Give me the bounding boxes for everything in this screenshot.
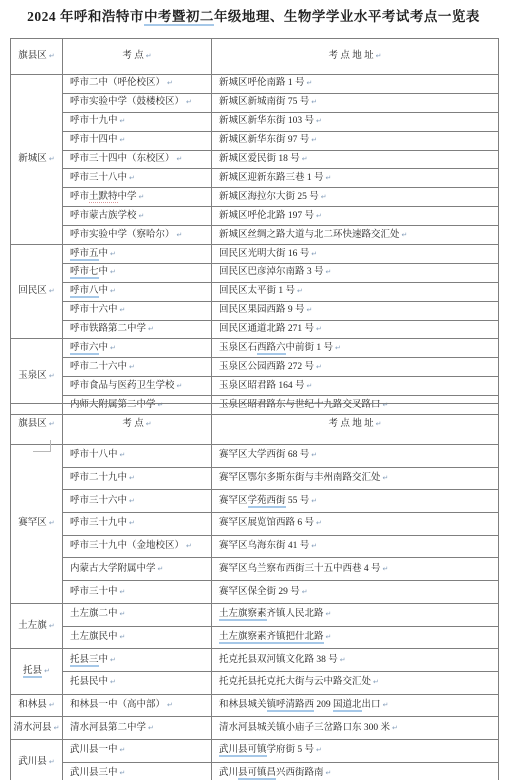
paragraph-mark-icon: ↵ — [44, 667, 50, 675]
paragraph-mark-icon: ↵ — [302, 588, 308, 596]
text-segment: 考 点 地 址 — [328, 51, 373, 61]
text-segment: 呼市二十六中 — [70, 362, 127, 372]
paragraph-mark-icon: ↵ — [110, 344, 116, 352]
paragraph-mark-icon: ↵ — [335, 344, 341, 352]
address-cell: 回民区光明大街 16 号↵ — [212, 245, 499, 264]
underlined-text-segment: 西路六 — [257, 343, 286, 355]
paragraph-mark-icon: ↵ — [146, 420, 152, 428]
header-cell: 考 点 地 址↵ — [212, 404, 499, 445]
text-segment: 清水河县第二中学 — [70, 723, 146, 733]
paragraph-mark-icon: ↵ — [49, 287, 55, 295]
text-segment: 呼市三十八中 — [70, 173, 127, 183]
paragraph-mark-icon: ↵ — [376, 420, 382, 428]
site-cell: 呼市十六中↵ — [63, 301, 212, 320]
address-cell: 赛罕区展览馆西路 6 号↵ — [212, 513, 499, 536]
text-segment: 新城区新华东街 97 号 — [219, 135, 309, 145]
underlined-text-segment: 土默特 — [89, 192, 118, 203]
site-cell: 呼市食品与医药卫生学校↵ — [63, 377, 212, 396]
text-segment: 学府街 5 号 — [267, 745, 315, 755]
paragraph-mark-icon: ↵ — [49, 155, 55, 163]
site-cell: 呼市二十九中↵ — [63, 467, 212, 490]
paragraph-mark-icon: ↵ — [120, 769, 126, 777]
site-cell: 呼市十八中↵ — [63, 445, 212, 468]
underlined-text-segment: 呼市八 — [70, 286, 99, 298]
paragraph-mark-icon: ↵ — [129, 174, 135, 182]
page: 2024 年呼和浩特市中考暨初二年级地理、生物学学业水平考试考点一览表 旗县区↵… — [0, 0, 507, 780]
address-cell: 玉泉区石西路六中前街 1 号↵ — [212, 339, 499, 358]
paragraph-mark-icon: ↵ — [311, 497, 317, 505]
paragraph-mark-icon: ↵ — [392, 724, 398, 732]
text-segment: 新城区海拉尔大街 25 号 — [219, 192, 319, 202]
document-title: 2024 年呼和浩特市中考暨初二年级地理、生物学学业水平考试考点一览表 — [0, 5, 507, 25]
text-segment: 呼市十九中 — [70, 116, 118, 126]
text-segment: 土左旗二中 — [70, 609, 118, 619]
paragraph-mark-icon: ↵ — [148, 325, 154, 333]
address-cell: 新城区迎新东路三巷 1 号↵ — [212, 169, 499, 188]
exam-table-1: 旗县区↵考 点↵考 点 地 址↵新城区↵呼市二中（呼伦校区）↵新城区呼伦南路 1… — [10, 38, 499, 415]
header-row: 旗县区↵考 点↵考 点 地 址↵ — [11, 39, 499, 75]
table-row: 呼市三十中↵赛罕区保全街 29 号↵ — [11, 581, 499, 604]
table-row: 呼市实验中学（察哈尔）↵新城区丝绸之路大道与北二环快速路交汇处↵ — [11, 226, 499, 245]
underlined-text-segment: 镇呼清路西 — [267, 700, 315, 712]
table-row: 呼市十九中↵新城区新华东街 103 号↵ — [11, 112, 499, 131]
paragraph-mark-icon: ↵ — [383, 565, 389, 573]
paragraph-mark-icon: ↵ — [402, 231, 408, 239]
site-cell: 托县民中↵ — [63, 671, 212, 694]
table-row: 呼市食品与医药卫生学校↵玉泉区昭君路 164 号↵ — [11, 377, 499, 396]
header-cell: 考 点↵ — [63, 404, 212, 445]
site-cell: 呼市六中↵ — [63, 339, 212, 358]
address-cell: 赛罕区乌海东街 41 号↵ — [212, 535, 499, 558]
paragraph-mark-icon: ↵ — [139, 212, 145, 220]
text-segment: 和林县 — [18, 700, 47, 710]
text-segment: 新城区迎新东路三巷 1 号 — [219, 173, 324, 183]
region-cell: 和林县↵ — [11, 694, 63, 717]
paragraph-mark-icon: ↵ — [307, 306, 313, 314]
paragraph-mark-icon: ↵ — [120, 306, 126, 314]
table-row: 呼市二十九中↵赛罕区鄂尔多斯东街与丰州南路交汇处↵ — [11, 467, 499, 490]
address-cell: 玉泉区公园西路 272 号↵ — [212, 358, 499, 377]
paragraph-mark-icon: ↵ — [49, 420, 55, 428]
header-cell: 旗县区↵ — [11, 404, 63, 445]
paragraph-mark-icon: ↵ — [120, 588, 126, 596]
text-segment: 武川县三中 — [70, 768, 118, 778]
header-cell: 考 点↵ — [63, 39, 212, 75]
underlined-text-segment: 托县三 — [70, 655, 99, 667]
text-segment: 土左旗民中 — [70, 632, 118, 642]
site-cell: 托县三中↵ — [63, 649, 212, 672]
paragraph-mark-icon: ↵ — [110, 287, 116, 295]
address-cell: 新城区爱民街 18 号↵ — [212, 150, 499, 169]
paragraph-mark-icon: ↵ — [120, 136, 126, 144]
text-segment: 赛罕区展览馆西路 6 号 — [219, 518, 314, 528]
underlined-text-segment: 中考暨初二 — [144, 9, 214, 26]
site-cell: 土左旗二中↵ — [63, 603, 212, 626]
text-segment: 中前街 1 号 — [286, 343, 334, 353]
underlined-text-segment: 学苑西街 — [248, 496, 286, 508]
text-segment: 中 — [99, 655, 109, 665]
paragraph-mark-icon: ↵ — [311, 542, 317, 550]
paragraph-mark-icon: ↵ — [49, 52, 55, 60]
table-row: 呼市实验中学（鼓楼校区）↵新城区新城南街 75 号↵ — [11, 93, 499, 112]
text-segment: 新城区 — [18, 154, 47, 164]
table-row: 呼市三十九中↵赛罕区展览馆西路 6 号↵ — [11, 513, 499, 536]
site-cell: 呼市七中↵ — [63, 263, 212, 282]
table-row: 呼市土默特中学↵新城区海拉尔大街 25 号↵ — [11, 188, 499, 207]
paragraph-mark-icon: ↵ — [49, 622, 55, 630]
paragraph-mark-icon: ↵ — [316, 325, 322, 333]
text-segment: 武川县一中 — [70, 745, 118, 755]
text-segment: 回民区通道北路 271 号 — [219, 324, 314, 334]
header-cell: 考 点 地 址↵ — [212, 39, 499, 75]
paragraph-mark-icon: ↵ — [120, 610, 126, 618]
underlined-text-segment: 呼市六 — [70, 343, 99, 355]
text-segment: 呼市十六中 — [70, 305, 118, 315]
paragraph-mark-icon: ↵ — [167, 701, 173, 709]
site-cell: 呼市铁路第二中学↵ — [63, 320, 212, 339]
text-segment: 赛罕区乌兰察布西街三十五中西巷 4 号 — [219, 564, 381, 574]
text-segment: 武川县 — [18, 757, 47, 767]
address-cell: 新城区呼伦南路 1 号↵ — [212, 75, 499, 94]
text-segment: 中 — [99, 249, 109, 259]
site-cell: 和林县一中（高中部）↵ — [63, 694, 212, 717]
text-segment: 玉泉区石 — [219, 343, 257, 353]
site-cell: 呼市三十四中（东校区）↵ — [63, 150, 212, 169]
table-row: 呼市蒙古族学校↵新城区呼伦北路 197 号↵ — [11, 207, 499, 226]
paragraph-mark-icon: ↵ — [311, 98, 317, 106]
text-segment: 托县民中 — [70, 677, 108, 687]
site-cell: 呼市实验中学（察哈尔）↵ — [63, 226, 212, 245]
site-cell: 呼市十九中↵ — [63, 112, 212, 131]
address-cell: 新城区丝绸之路大道与北二环快速路交汇处↵ — [212, 226, 499, 245]
address-cell: 土左旗察素齐镇把什北路↵ — [212, 626, 499, 649]
text-segment: 55 号 — [286, 496, 310, 506]
site-cell: 呼市三十八中↵ — [63, 169, 212, 188]
header-row: 旗县区↵考 点↵考 点 地 址↵ — [11, 404, 499, 445]
text-segment: 呼市十八中 — [70, 450, 118, 460]
paragraph-mark-icon: ↵ — [146, 52, 152, 60]
text-segment: 清水河县 — [14, 723, 52, 733]
table-row: 呼市三十八中↵新城区迎新东路三巷 1 号↵ — [11, 169, 499, 188]
paragraph-mark-icon: ↵ — [129, 474, 135, 482]
text-segment: 呼市三十中 — [70, 587, 118, 597]
paragraph-mark-icon: ↵ — [54, 724, 60, 732]
text-segment: 呼市二十九中 — [70, 473, 127, 483]
region-cell: 清水河县↵ — [11, 717, 63, 740]
text-segment: 新城区呼伦南路 1 号 — [219, 78, 305, 88]
site-cell: 呼市蒙古族学校↵ — [63, 207, 212, 226]
paragraph-mark-icon: ↵ — [311, 250, 317, 258]
text-segment: 赛罕区 — [219, 496, 248, 506]
paragraph-mark-icon: ↵ — [373, 678, 379, 686]
region-cell: 武川县↵ — [11, 739, 63, 780]
text-segment: 考 点 — [122, 419, 143, 429]
text-segment: 托克托县托克托大街与云中路交汇处 — [219, 677, 371, 687]
address-cell: 回民区通道北路 271 号↵ — [212, 320, 499, 339]
text-segment: 中 — [99, 343, 109, 353]
paragraph-mark-icon: ↵ — [326, 769, 332, 777]
paragraph-mark-icon: ↵ — [158, 565, 164, 573]
paragraph-mark-icon: ↵ — [129, 363, 135, 371]
site-cell: 土左旗民中↵ — [63, 626, 212, 649]
text-segment: 和林县城关 — [219, 700, 267, 710]
underlined-text-segment: 国道北 — [333, 700, 362, 712]
paragraph-mark-icon: ↵ — [383, 474, 389, 482]
site-cell: 呼市五中↵ — [63, 245, 212, 264]
address-cell: 清水河县城关镇小庙子三岔路口东 300 米↵ — [212, 717, 499, 740]
text-segment: 呼市实验中学（鼓楼校区） — [70, 97, 184, 107]
paragraph-mark-icon: ↵ — [326, 610, 332, 618]
underlined-text-segment: 土左旗察素 — [219, 609, 267, 621]
text-segment: 清水河县城关镇小庙子三岔路口东 300 米 — [219, 723, 390, 733]
paragraph-mark-icon: ↵ — [120, 746, 126, 754]
paragraph-mark-icon: ↵ — [302, 155, 308, 163]
address-cell: 和林县城关镇呼清路西 209 国道北出口↵ — [212, 694, 499, 717]
address-cell: 赛罕区乌兰察布西街三十五中西巷 4 号↵ — [212, 558, 499, 581]
site-cell: 武川县一中↵ — [63, 739, 212, 762]
paragraph-mark-icon: ↵ — [307, 382, 313, 390]
table-row: 武川县↵武川县一中↵武川县可镇学府街 5 号↵ — [11, 739, 499, 762]
site-cell: 呼市二十六中↵ — [63, 358, 212, 377]
text-segment: 兴西街路南 — [276, 768, 324, 778]
text-segment: 呼市食品与医药卫生学校 — [70, 381, 175, 391]
text-segment: 齐镇人民北路 — [267, 609, 324, 619]
text-segment: 中 — [99, 267, 109, 277]
site-cell: 武川县三中↵ — [63, 762, 212, 780]
paragraph-mark-icon: ↵ — [120, 451, 126, 459]
site-cell: 呼市三十六中↵ — [63, 490, 212, 513]
text-segment: 玉泉区 — [18, 371, 47, 381]
paragraph-mark-icon: ↵ — [129, 497, 135, 505]
text-segment: 回民区太平街 1 号 — [219, 286, 295, 296]
text-segment: 赛罕区保全街 29 号 — [219, 587, 300, 597]
header-cell: 旗县区↵ — [11, 39, 63, 75]
paragraph-mark-icon: ↵ — [311, 451, 317, 459]
text-segment: 考 点 地 址 — [328, 419, 373, 429]
table-row: 呼市十四中↵新城区新华东街 97 号↵ — [11, 131, 499, 150]
paragraph-mark-icon: ↵ — [49, 758, 55, 766]
table-row: 呼市十六中↵回民区果园西路 9 号↵ — [11, 301, 499, 320]
site-cell: 呼市三十中↵ — [63, 581, 212, 604]
paragraph-mark-icon: ↵ — [316, 363, 322, 371]
paragraph-mark-icon: ↵ — [340, 656, 346, 664]
table-row: 玉泉区↵呼市六中↵玉泉区石西路六中前街 1 号↵ — [11, 339, 499, 358]
table-row: 呼市二十六中↵玉泉区公园西路 272 号↵ — [11, 358, 499, 377]
site-cell: 呼市八中↵ — [63, 282, 212, 301]
text-segment: 回民区果园西路 9 号 — [219, 305, 305, 315]
text-segment: 和林县一中（高中部） — [70, 700, 165, 710]
text-segment: 呼市蒙古族学校 — [70, 211, 137, 221]
site-cell: 呼市三十九中↵ — [63, 513, 212, 536]
region-cell: 土左旗↵ — [11, 603, 63, 648]
text-segment: 呼市三十四中（东校区） — [70, 154, 175, 164]
text-segment: 旗县区 — [18, 51, 47, 61]
site-cell: 呼市三十九中（金地校区）↵ — [63, 535, 212, 558]
table-row: 和林县↵和林县一中（高中部）↵和林县城关镇呼清路西 209 国道北出口↵ — [11, 694, 499, 717]
text-segment: 呼市实验中学（察哈尔） — [70, 230, 175, 240]
address-cell: 托克托县双河镇文化路 38 号↵ — [212, 649, 499, 672]
paragraph-mark-icon: ↵ — [49, 701, 55, 709]
paragraph-mark-icon: ↵ — [120, 633, 126, 641]
text-segment: 托克托县双河镇文化路 38 号 — [219, 655, 338, 665]
paragraph-mark-icon: ↵ — [177, 382, 183, 390]
table-row: 呼市七中↵回民区巴彦淖尔南路 3 号↵ — [11, 263, 499, 282]
address-cell: 新城区新华东街 97 号↵ — [212, 131, 499, 150]
text-segment: 209 — [314, 700, 333, 710]
address-cell: 赛罕区学苑西街 55 号↵ — [212, 490, 499, 513]
text-segment: 年级地理、生物学学业水平考试考点一览表 — [214, 9, 480, 24]
address-cell: 武川县可镇学府街 5 号↵ — [212, 739, 499, 762]
text-segment: 呼市三十九中（金地校区） — [70, 541, 184, 551]
text-segment: 呼市二中（呼伦校区） — [70, 78, 165, 88]
site-cell: 呼市十四中↵ — [63, 131, 212, 150]
paragraph-mark-icon: ↵ — [167, 79, 173, 87]
text-segment: 玉泉区公园西路 272 号 — [219, 362, 314, 372]
text-segment: 新城区丝绸之路大道与北二环快速路交汇处 — [219, 230, 400, 240]
paragraph-mark-icon: ↵ — [316, 212, 322, 220]
text-segment: 新城区新华东街 103 号 — [219, 116, 314, 126]
paragraph-mark-icon: ↵ — [110, 250, 116, 258]
region-cell: 回民区↵ — [11, 245, 63, 339]
paragraph-mark-icon: ↵ — [139, 193, 145, 201]
paragraph-mark-icon: ↵ — [311, 136, 317, 144]
address-cell: 新城区呼伦北路 197 号↵ — [212, 207, 499, 226]
table-row: 回民区↵呼市五中↵回民区光明大街 16 号↵ — [11, 245, 499, 264]
paragraph-mark-icon: ↵ — [177, 231, 183, 239]
exam-table-2: 旗县区↵考 点↵考 点 地 址↵赛罕区↵呼市十八中↵赛罕区大学西街 68 号↵呼… — [10, 403, 499, 780]
address-cell: 赛罕区保全街 29 号↵ — [212, 581, 499, 604]
text-segment: 呼市铁路第二中学 — [70, 324, 146, 334]
paragraph-mark-icon: ↵ — [120, 117, 126, 125]
site-cell: 呼市实验中学（鼓楼校区）↵ — [63, 93, 212, 112]
table-row: 武川县三中↵武川县可镇昌兴西街路南↵ — [11, 762, 499, 780]
underlined-text-segment: 武川县可镇 — [219, 745, 267, 757]
paragraph-mark-icon: ↵ — [49, 372, 55, 380]
address-cell: 新城区新城南街 75 号↵ — [212, 93, 499, 112]
text-segment: 中学 — [118, 192, 137, 202]
site-cell: 呼市二中（呼伦校区）↵ — [63, 75, 212, 94]
underlined-text-segment: 县可镇昌 — [238, 768, 276, 780]
paragraph-mark-icon: ↵ — [177, 155, 183, 163]
paragraph-mark-icon: ↵ — [297, 287, 303, 295]
text-segment: 玉泉区昭君路 164 号 — [219, 381, 305, 391]
text-segment: 回民区光明大街 16 号 — [219, 249, 309, 259]
address-cell: 新城区新华东街 103 号↵ — [212, 112, 499, 131]
paragraph-mark-icon: ↵ — [316, 746, 322, 754]
text-segment: 中 — [99, 286, 109, 296]
text-segment: 土左旗 — [18, 621, 47, 631]
underlined-text-segment: 呼市五 — [70, 249, 99, 261]
paragraph-mark-icon: ↵ — [49, 519, 55, 527]
text-segment: 赛罕区大学西街 68 号 — [219, 450, 309, 460]
table-row: 呼市八中↵回民区太平街 1 号↵ — [11, 282, 499, 301]
paragraph-mark-icon: ↵ — [326, 268, 332, 276]
paragraph-mark-icon: ↵ — [321, 193, 327, 201]
table-row: 清水河县↵清水河县第二中学↵清水河县城关镇小庙子三岔路口东 300 米↵ — [11, 717, 499, 740]
text-segment: 2024 年呼和浩特市 — [27, 9, 144, 24]
underlined-text-segment: 土左旗察素齐镇把什北路 — [219, 632, 324, 644]
text-segment: 回民区巴彦淖尔南路 3 号 — [219, 267, 324, 277]
paragraph-mark-icon: ↵ — [307, 79, 313, 87]
table-row: 赛罕区↵呼市十八中↵赛罕区大学西街 68 号↵ — [11, 445, 499, 468]
address-cell: 赛罕区鄂尔多斯东街与丰州南路交汇处↵ — [212, 467, 499, 490]
table-row: 呼市铁路第二中学↵回民区通道北路 271 号↵ — [11, 320, 499, 339]
region-cell: 赛罕区↵ — [11, 445, 63, 604]
paragraph-mark-icon: ↵ — [326, 174, 332, 182]
table-row: 内蒙古大学附属中学↵赛罕区乌兰察布西街三十五中西巷 4 号↵ — [11, 558, 499, 581]
address-cell: 回民区巴彦淖尔南路 3 号↵ — [212, 263, 499, 282]
table-row: 新城区↵呼市二中（呼伦校区）↵新城区呼伦南路 1 号↵ — [11, 75, 499, 94]
text-segment: 新城区呼伦北路 197 号 — [219, 211, 314, 221]
table-row: 土左旗↵土左旗二中↵土左旗察素齐镇人民北路↵ — [11, 603, 499, 626]
text-segment: 赛罕区鄂尔多斯东街与丰州南路交汇处 — [219, 473, 381, 483]
paragraph-mark-icon: ↵ — [148, 724, 154, 732]
address-cell: 玉泉区昭君路 164 号↵ — [212, 377, 499, 396]
paragraph-mark-icon: ↵ — [186, 98, 192, 106]
table-row: 托县↵托县三中↵托克托县双河镇文化路 38 号↵ — [11, 649, 499, 672]
paragraph-mark-icon: ↵ — [129, 519, 135, 527]
paragraph-mark-icon: ↵ — [376, 52, 382, 60]
table-row: 呼市三十四中（东校区）↵新城区爱民街 18 号↵ — [11, 150, 499, 169]
address-cell: 新城区海拉尔大街 25 号↵ — [212, 188, 499, 207]
table-row: 托县民中↵托克托县托克托大街与云中路交汇处↵ — [11, 671, 499, 694]
address-cell: 土左旗察素齐镇人民北路↵ — [212, 603, 499, 626]
text-segment: 回民区 — [18, 286, 47, 296]
site-cell: 呼市土默特中学↵ — [63, 188, 212, 207]
paragraph-mark-icon: ↵ — [316, 117, 322, 125]
site-cell: 清水河县第二中学↵ — [63, 717, 212, 740]
paragraph-mark-icon: ↵ — [186, 542, 192, 550]
text-segment: 赛罕区乌海东街 41 号 — [219, 541, 309, 551]
text-segment: 新城区新城南街 75 号 — [219, 97, 309, 107]
text-segment: 呼市三十九中 — [70, 518, 127, 528]
text-segment: 考 点 — [122, 51, 143, 61]
table-row: 呼市三十六中↵赛罕区学苑西街 55 号↵ — [11, 490, 499, 513]
paragraph-mark-icon: ↵ — [110, 656, 116, 664]
paragraph-mark-icon: ↵ — [326, 633, 332, 641]
text-segment: 内蒙古大学附属中学 — [70, 564, 156, 574]
text-segment: 呼市十四中 — [70, 135, 118, 145]
paragraph-mark-icon: ↵ — [383, 701, 389, 709]
paragraph-mark-icon: ↵ — [110, 268, 116, 276]
text-segment: 呼市三十六中 — [70, 496, 127, 506]
selection-artifact — [33, 440, 51, 452]
table-row: 呼市三十九中（金地校区）↵赛罕区乌海东街 41 号↵ — [11, 535, 499, 558]
region-cell: 新城区↵ — [11, 75, 63, 245]
text-segment: 呼市 — [70, 192, 89, 202]
paragraph-mark-icon: ↵ — [110, 678, 116, 686]
text-segment: 出口 — [362, 700, 381, 710]
underlined-text-segment: 托县 — [23, 666, 42, 678]
text-segment: 武川 — [219, 768, 238, 778]
paragraph-mark-icon: ↵ — [316, 519, 322, 527]
address-cell: 回民区太平街 1 号↵ — [212, 282, 499, 301]
text-segment: 旗县区 — [18, 419, 47, 429]
address-cell: 武川县可镇昌兴西街路南↵ — [212, 762, 499, 780]
address-cell: 回民区果园西路 9 号↵ — [212, 301, 499, 320]
underlined-text-segment: 呼市七 — [70, 267, 99, 279]
table-row: 土左旗民中↵土左旗察素齐镇把什北路↵ — [11, 626, 499, 649]
text-segment: 新城区爱民街 18 号 — [219, 154, 300, 164]
address-cell: 赛罕区大学西街 68 号↵ — [212, 445, 499, 468]
address-cell: 托克托县托克托大街与云中路交汇处↵ — [212, 671, 499, 694]
region-cell: 托县↵ — [11, 649, 63, 694]
site-cell: 内蒙古大学附属中学↵ — [63, 558, 212, 581]
text-segment: 赛罕区 — [18, 518, 47, 528]
